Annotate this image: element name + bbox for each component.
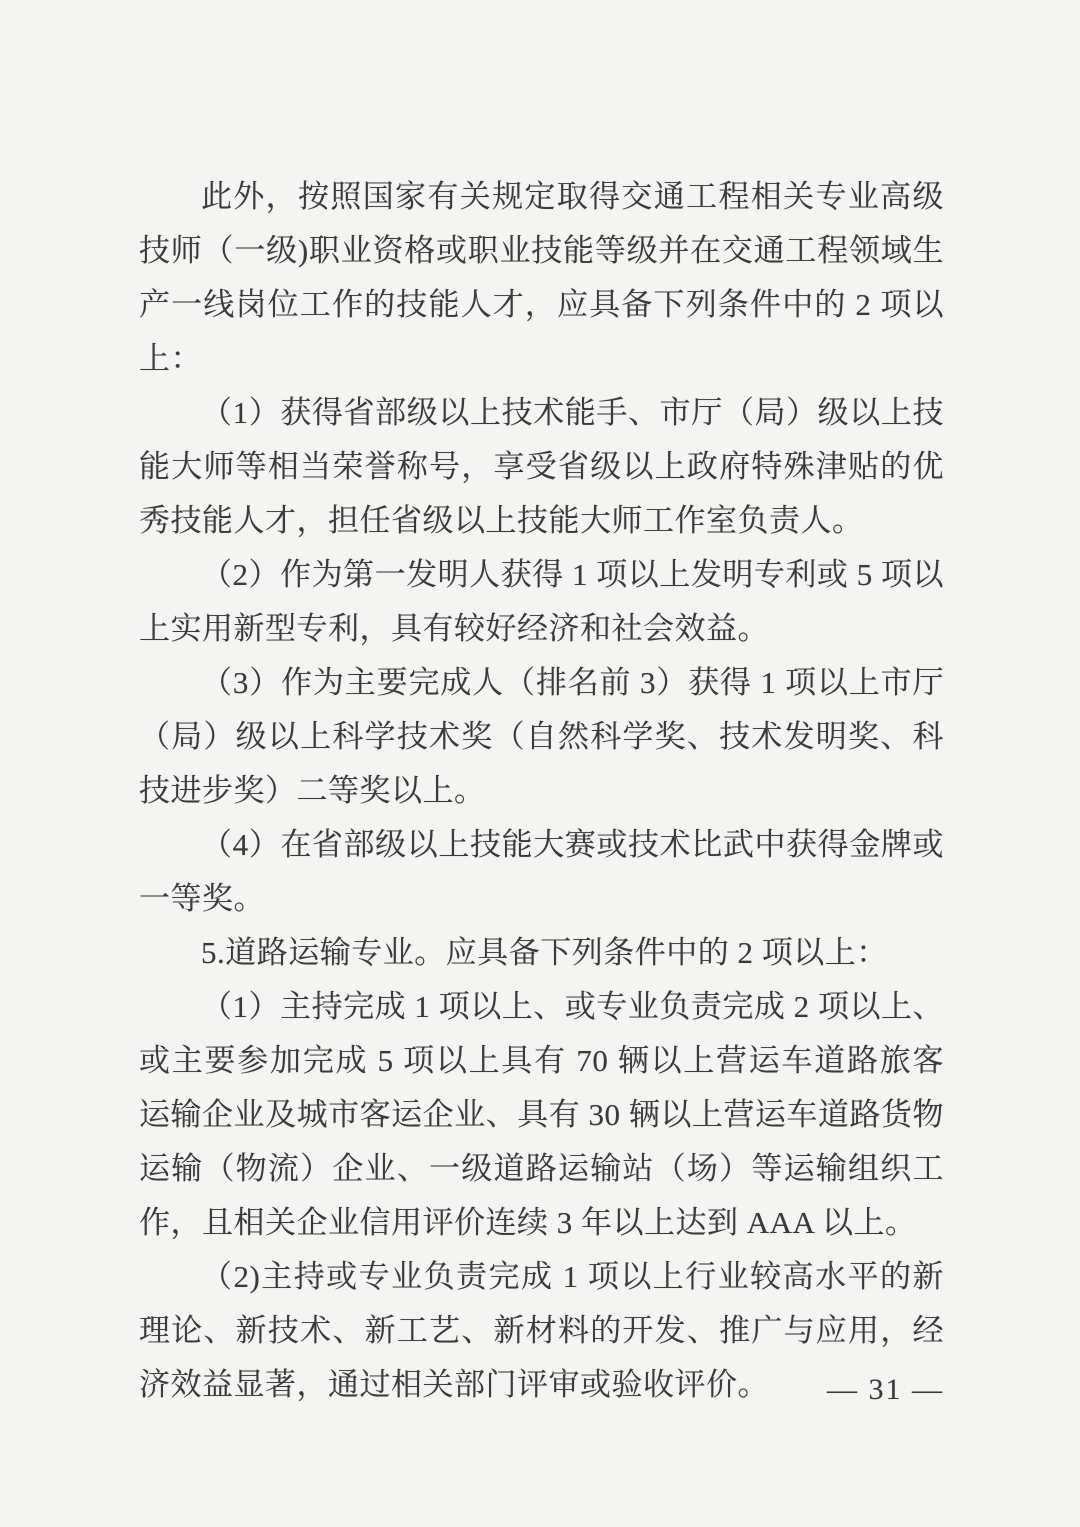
page-number: — 31 — <box>827 1372 944 1408</box>
paragraph-section-5-condition-2: （2)主持或专业负责完成 1 项以上行业较高水平的新理论、新技术、新工艺、新材料… <box>139 1250 944 1412</box>
paragraph-condition-2: （2）作为第一发明人获得 1 项以上发明专利或 5 项以上实用新型专利，具有较好… <box>139 548 944 656</box>
paragraph-section-5-condition-1: （1）主持完成 1 项以上、或专业负责完成 2 项以上、或主要参加完成 5 项以… <box>139 980 944 1250</box>
paragraph-condition-1: （1）获得省部级以上技术能手、市厅（局）级以上技能大师等相当荣誉称号，享受省级以… <box>139 386 944 548</box>
paragraph-condition-3: （3）作为主要完成人（排名前 3）获得 1 项以上市厅（局）级以上科学技术奖（自… <box>139 656 944 818</box>
document-page: 此外，按照国家有关规定取得交通工程相关专业高级技师（一级)职业资格或职业技能等级… <box>0 0 1080 1527</box>
paragraph-condition-4: （4）在省部级以上技能大赛或技术比武中获得金牌或一等奖。 <box>139 818 944 926</box>
paragraph-intro: 此外，按照国家有关规定取得交通工程相关专业高级技师（一级)职业资格或职业技能等级… <box>139 170 944 386</box>
document-body: 此外，按照国家有关规定取得交通工程相关专业高级技师（一级)职业资格或职业技能等级… <box>139 170 944 1412</box>
paragraph-section-5-heading: 5.道路运输专业。应具备下列条件中的 2 项以上： <box>139 926 944 980</box>
